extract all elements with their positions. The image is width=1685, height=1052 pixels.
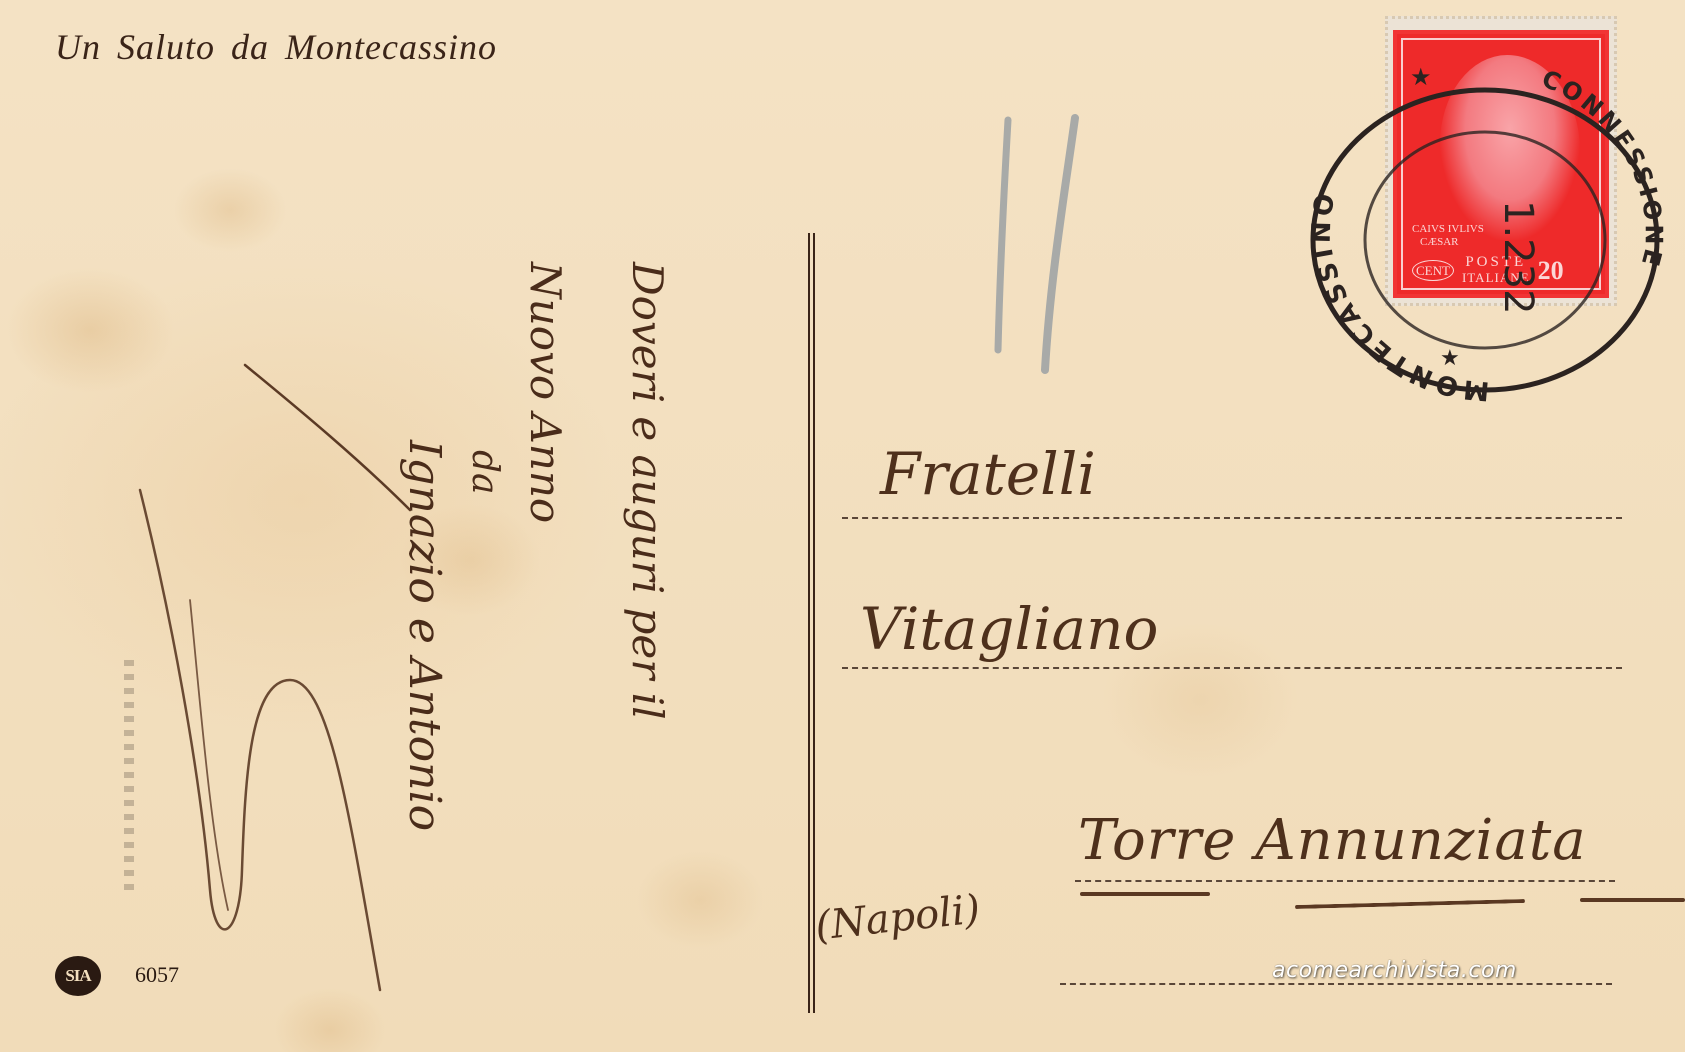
svg-text:CONNESSIONE: CONNESSIONE [1538,65,1668,272]
city-underline-2 [1295,899,1525,909]
address-recipient-line-1: Fratelli [880,440,1096,508]
postmark-cancellation: MONTECASSINO CONNESSIONE 1.232 ★ ★ [1290,60,1680,400]
message-line-1: Doveri e auguri per il [623,262,672,720]
address-city: Torre Annunziata [1078,808,1587,873]
address-line-4-rule [1060,983,1612,985]
message-address-divider [808,233,815,1013]
address-line-2-rule [842,667,1622,669]
address-line-1-rule [842,517,1622,519]
postcard-title: Un Saluto da Montecassino [55,26,497,68]
address-line-3-rule [1075,880,1615,882]
pencil-mark [980,100,1100,390]
address-province: (Napoli) [813,886,982,949]
city-underline-3 [1580,898,1685,902]
watermark: acomearchivista.com [1272,958,1517,983]
address-recipient-line-2: Vitagliano [860,595,1158,663]
postmark-star-bottom-icon: ★ [1440,346,1460,371]
publisher-logo: SIA [55,956,101,996]
card-number: 6057 [135,962,179,988]
svg-text:MONTECASSINO: MONTECASSINO [1307,187,1491,405]
city-underline-1 [1080,892,1210,896]
postmark-town: MONTECASSINO [1307,187,1491,405]
margin-print-mark [124,660,134,890]
postmark-star-top-icon: ★ [1410,63,1432,91]
signature-flourish [180,350,600,1020]
postmark-date: 1.232 [1495,200,1541,315]
postmark-right-text: CONNESSIONE [1538,65,1668,272]
